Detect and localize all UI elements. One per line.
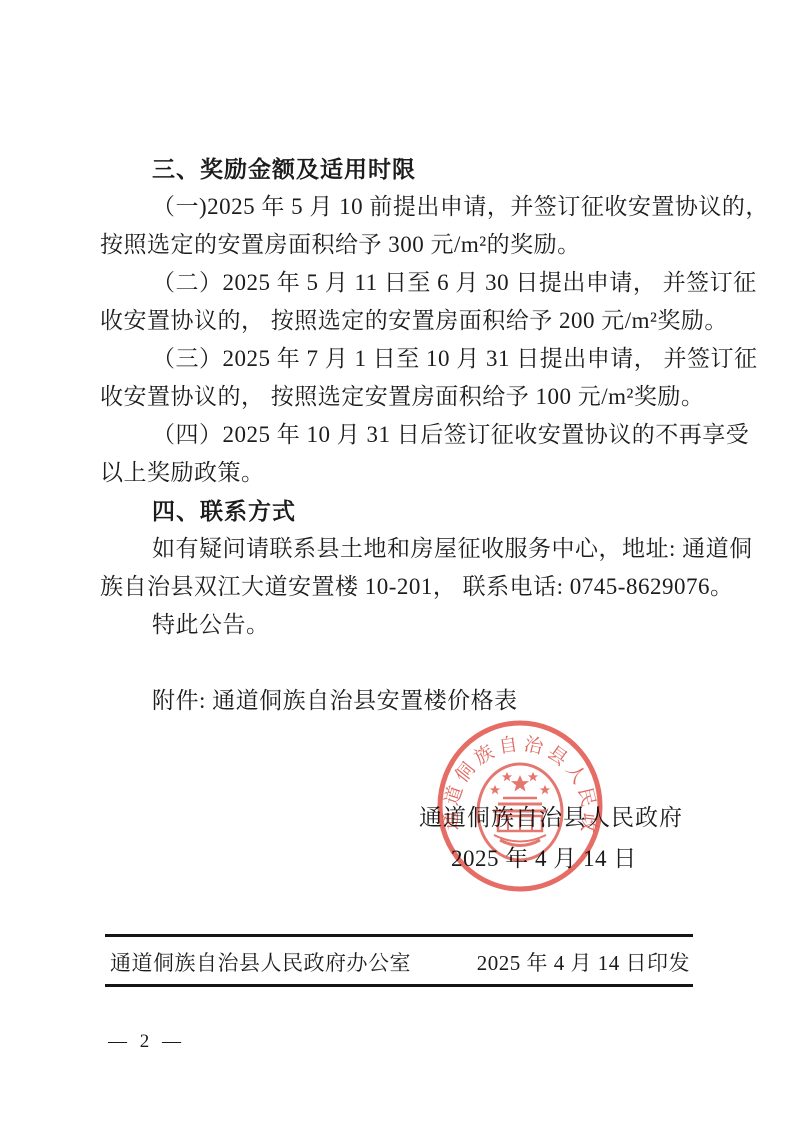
body-line: （一)2025 年 5 月 10 前提出申请，并签订征收安置协议的，: [100, 188, 706, 226]
body-line: （四）2025 年 10 月 31 日后签订征收安置协议的不再享受: [100, 416, 706, 454]
footer-rule-top: [105, 934, 693, 937]
footer-row: 通道侗族自治县人民政府办公室 2025 年 4 月 14 日印发: [105, 943, 693, 981]
body-line: 以上奖励政策。: [100, 454, 706, 492]
footer-office: 通道侗族自治县人民政府办公室: [105, 947, 411, 977]
body-line: 收安置协议的， 按照选定安置房面积给予 100 元/m²奖励。: [100, 378, 706, 416]
footer-print-date: 2025 年 4 月 14 日印发: [477, 947, 693, 977]
signature-date: 2025 年 4 月 14 日: [451, 840, 637, 873]
body-line: （二）2025 年 5 月 11 日至 6 月 30 日提出申请， 并签订征: [100, 264, 706, 302]
signature-org: 通道侗族自治县人民政府: [419, 799, 683, 832]
document-page: 三、奖励金额及适用时限（一)2025 年 5 月 10 前提出申请，并签订征收安…: [0, 0, 793, 1122]
section-heading: 三、奖励金额及适用时限: [100, 150, 706, 188]
body-line: 族自治县双江大道安置楼 10-201， 联系电话: 0745-8629076。: [100, 568, 706, 606]
body-line: （三）2025 年 7 月 1 日至 10 月 31 日提出申请， 并签订征: [100, 340, 706, 378]
body-line: [100, 644, 706, 682]
body-line: 特此公告。: [100, 606, 706, 644]
body-line: 按照选定的安置房面积给予 300 元/m²的奖励。: [100, 226, 706, 264]
body-line: 如有疑问请联系县土地和房屋征收服务中心，地址: 通道侗: [100, 530, 706, 568]
section-heading: 四、联系方式: [100, 492, 706, 530]
body-line: 收安置协议的， 按照选定的安置房面积给予 200 元/m²奖励。: [100, 302, 706, 340]
page-number: — 2 —: [108, 1031, 185, 1053]
footer-rule-bottom: [105, 984, 693, 987]
document-body: 三、奖励金额及适用时限（一)2025 年 5 月 10 前提出申请，并签订征收安…: [100, 150, 706, 720]
body-line: 附件: 通道侗族自治县安置楼价格表: [100, 682, 706, 720]
